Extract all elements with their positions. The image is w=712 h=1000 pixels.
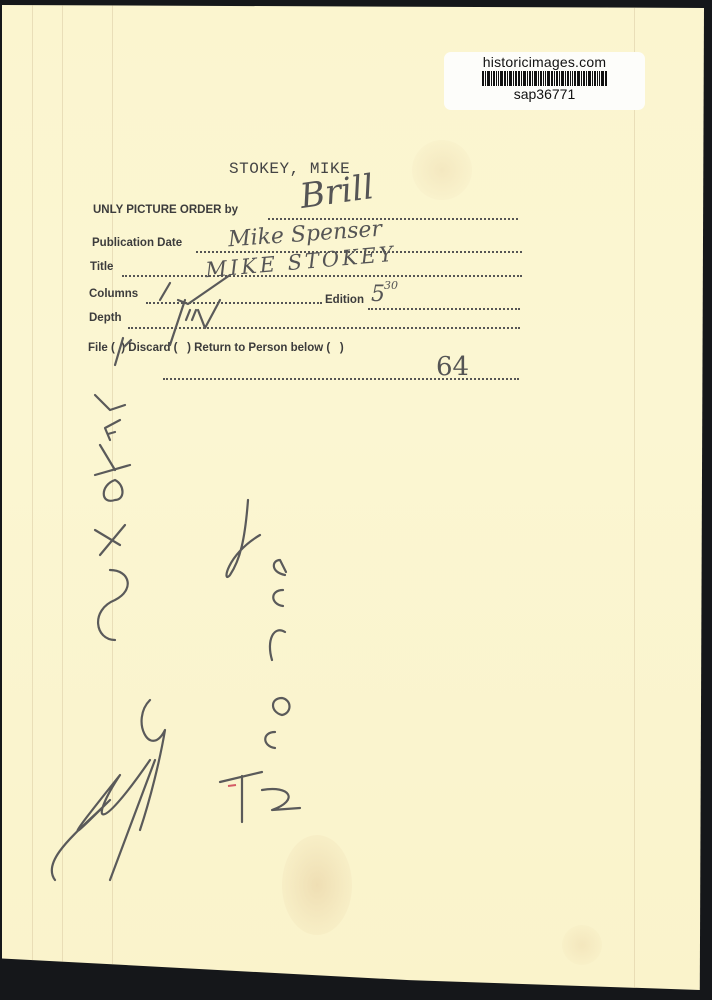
margin-name-vertical: Mike StoKEY <box>44 392 164 882</box>
file-check-icon <box>115 338 123 365</box>
columns-fraction-stroke <box>160 283 170 300</box>
margin-size-note: 1/2 col. cut <box>215 495 305 825</box>
depth-inch-stroke <box>186 310 196 320</box>
depth-slash-stroke <box>170 300 185 345</box>
depth-check-icon <box>198 300 220 328</box>
